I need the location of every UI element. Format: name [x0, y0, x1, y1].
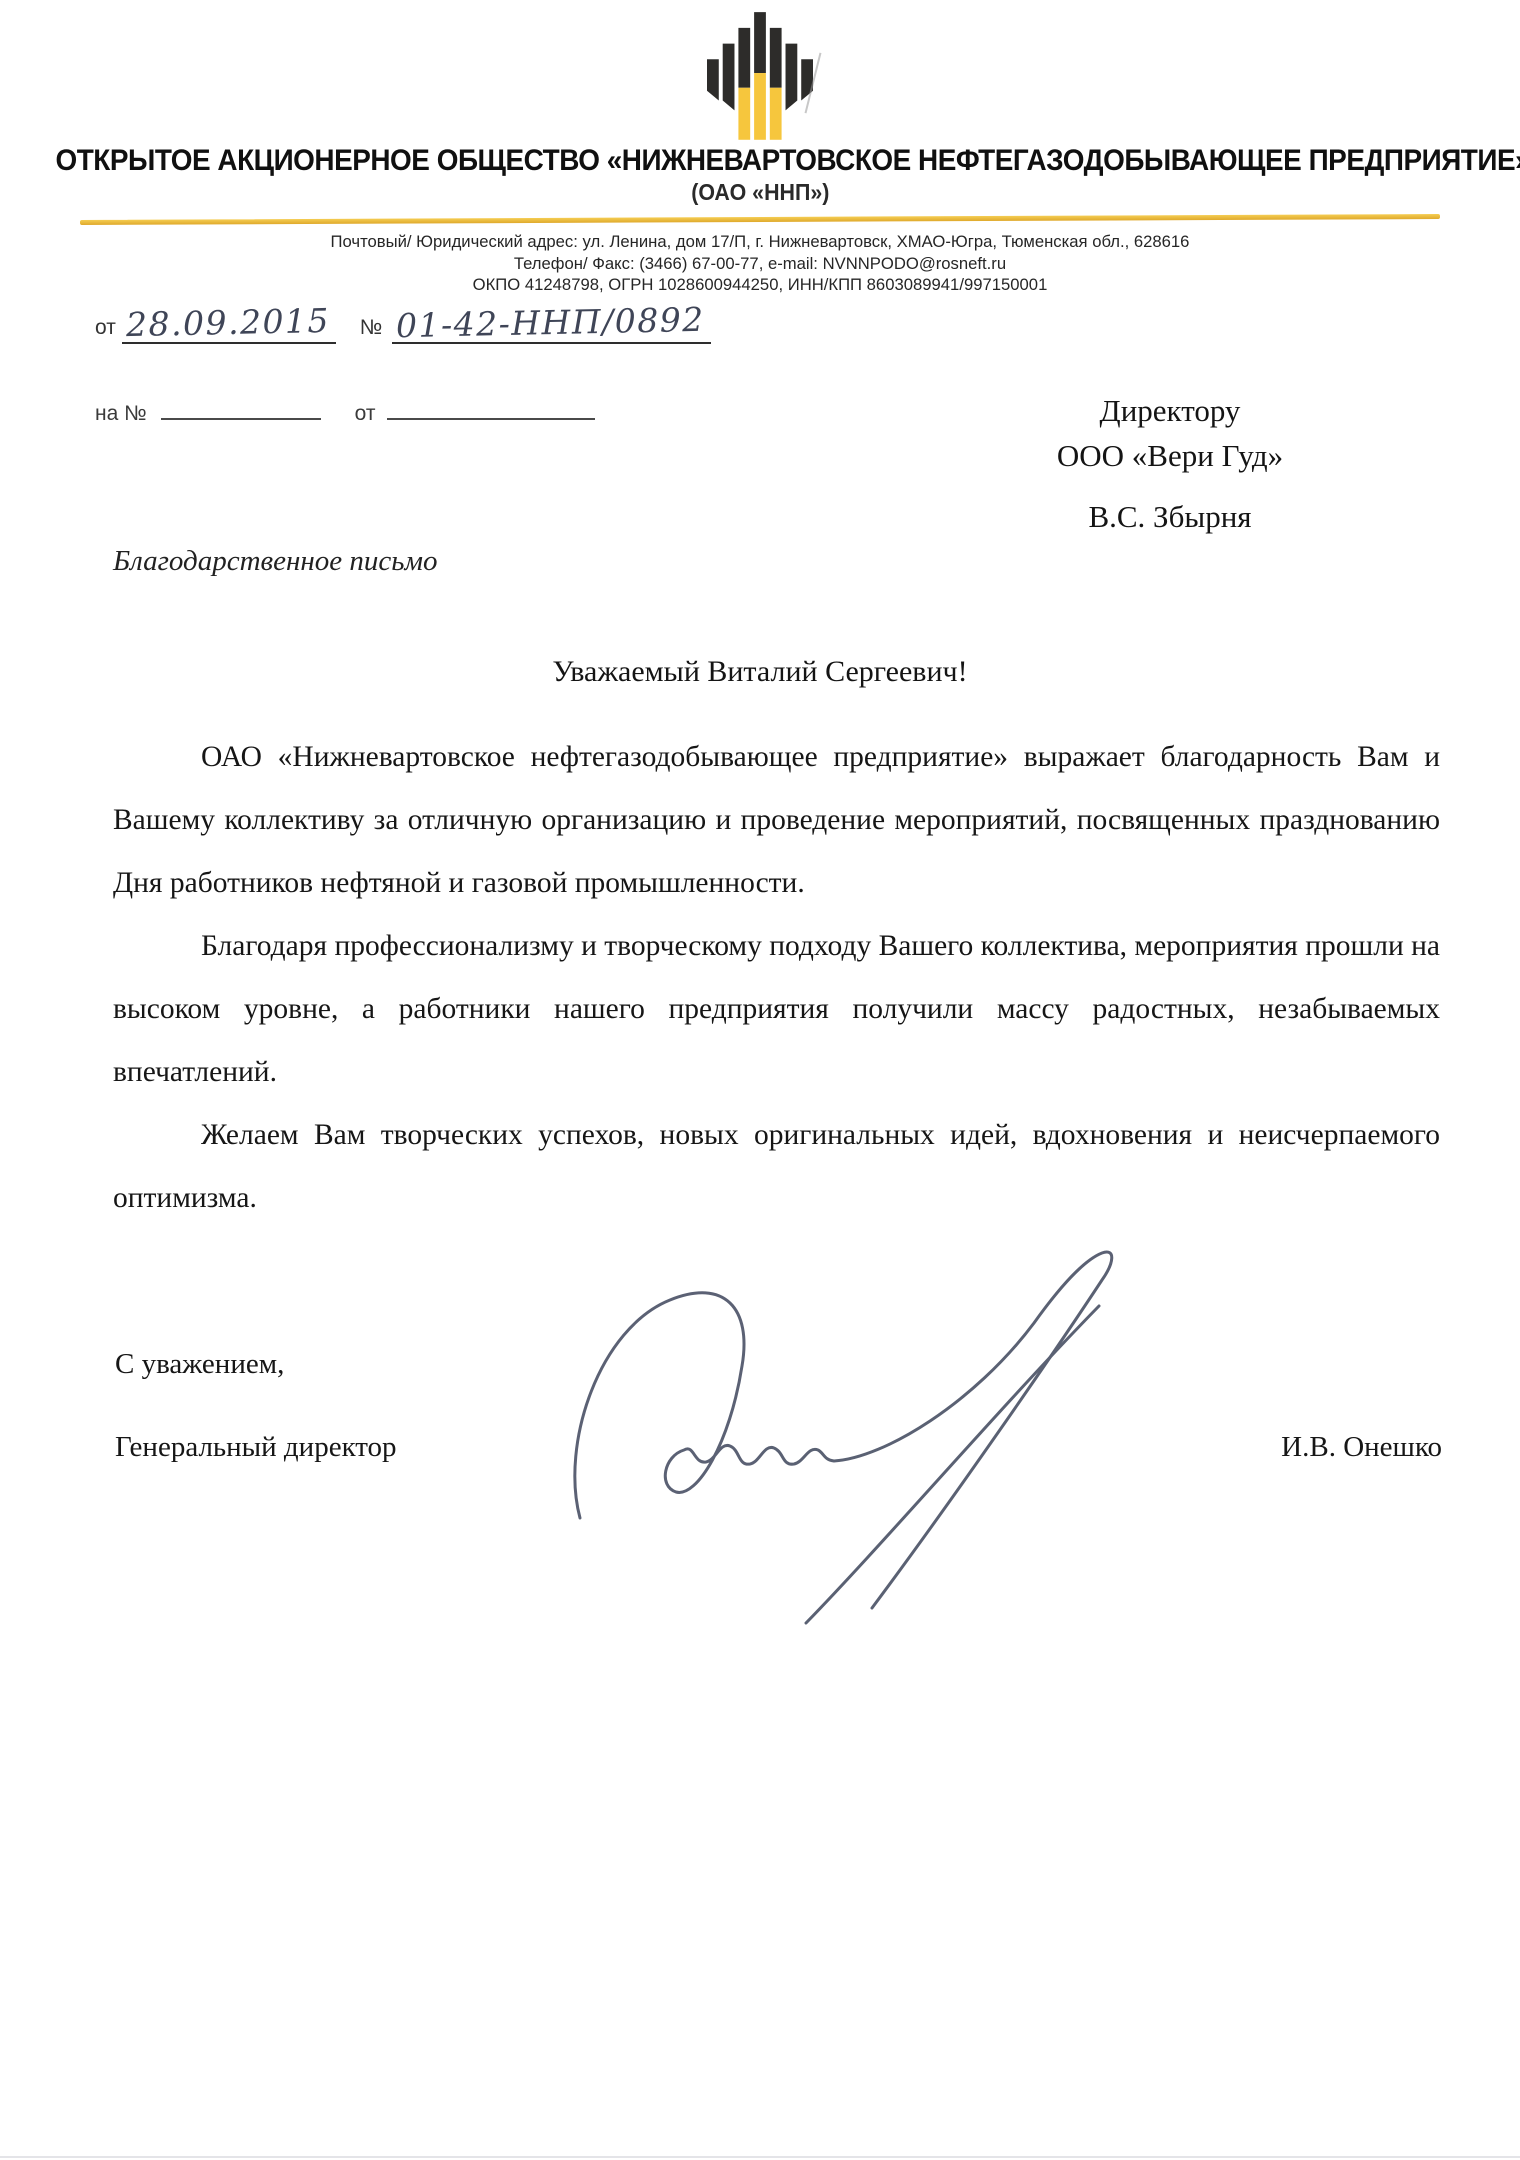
gold-divider	[80, 214, 1440, 225]
reply-date-blank	[387, 398, 595, 420]
address-line: Телефон/ Факс: (3466) 67-00-77, e-mail: …	[15, 253, 1505, 275]
outgoing-reference-row: от28.09.2015№01-42-ННП/0892	[95, 303, 711, 344]
address-line: Почтовый/ Юридический адрес: ул. Ленина,…	[15, 231, 1505, 253]
recipient-block: Директору ООО «Вери Гуд» В.С. Збырня	[960, 388, 1380, 539]
signer-name: И.В. Онешко	[1281, 1431, 1442, 1464]
reply-number-label: на №	[95, 402, 147, 425]
recipient-company: ООО «Вери Гуд»	[960, 433, 1380, 478]
signer-title: Генеральный директор	[115, 1431, 397, 1464]
company-logo-icon	[707, 10, 813, 140]
number-underline: 01-42-ННП/0892	[392, 303, 711, 344]
signature-scribble-icon	[552, 1208, 1252, 1628]
scan-bottom-edge	[0, 2156, 1520, 2158]
reply-date-label: от	[355, 402, 376, 425]
number-label: №	[360, 316, 383, 339]
body-paragraph: ОАО «Нижневартовское нефтегазодобывающее…	[113, 726, 1440, 915]
company-name: ОТКРЫТОЕ АКЦИОНЕРНОЕ ОБЩЕСТВО «НИЖНЕВАРТ…	[55, 144, 1520, 178]
date-underline: 28.09.2015	[122, 303, 336, 344]
address-line: ОКПО 41248798, ОГРН 1028600944250, ИНН/К…	[15, 274, 1505, 296]
handwritten-date: 28.09.2015	[121, 301, 336, 344]
letter-subject: Благодарственное письмо	[113, 545, 437, 578]
salutation: Уважаемый Виталий Сергеевич!	[0, 655, 1520, 689]
incoming-reference-row: на №от	[95, 398, 595, 426]
recipient-name: В.С. Збырня	[960, 494, 1380, 539]
scanned-letter-page: ОТКРЫТОЕ АКЦИОНЕРНОЕ ОБЩЕСТВО «НИЖНЕВАРТ…	[0, 0, 1520, 2160]
body-paragraph: Благодаря профессионализму и творческому…	[113, 915, 1440, 1104]
company-address-block: Почтовый/ Юридический адрес: ул. Ленина,…	[0, 231, 1520, 296]
closing-line: С уважением,	[115, 1348, 284, 1381]
company-short-name: (ОАО «ННП»)	[691, 179, 829, 206]
date-label: от	[95, 316, 116, 339]
letterhead: ОТКРЫТОЕ АКЦИОНЕРНОЕ ОБЩЕСТВО «НИЖНЕВАРТ…	[0, 0, 1520, 296]
letter-body: ОАО «Нижневартовское нефтегазодобывающее…	[113, 726, 1440, 1230]
reply-number-blank	[161, 398, 321, 420]
handwritten-number: 01-42-ННП/0892	[392, 300, 711, 346]
recipient-position: Директору	[960, 388, 1380, 433]
